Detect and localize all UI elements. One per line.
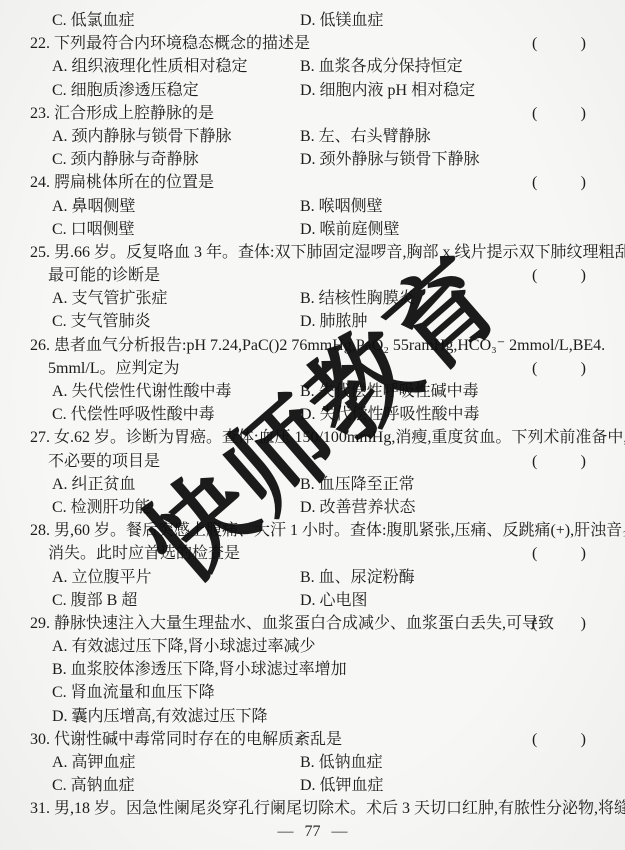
question-number: 25. (30, 241, 54, 264)
option-right: D. 低钾血症 (300, 774, 384, 797)
option-line: C. 检测肝功能D. 改善营养状态 (30, 496, 617, 519)
question-line: 26.患者血气分析报告:pH 7.24,PaC()2 76mmHg,PaO₂ 5… (30, 334, 617, 357)
question-text: 静脉快速注入大量生理盐水、血浆蛋白合成减少、血浆蛋白丢失,可导致 (54, 615, 554, 632)
option-left: C. 低氯血症 (30, 9, 135, 32)
option-left: A. 支气管扩张症 (30, 287, 168, 310)
option-line: A. 高钾血症B. 低钠血症 (30, 751, 617, 774)
question-continuation-line: 最可能的诊断是() (30, 264, 617, 287)
option-left: C. 肾血流量和血压下降 (30, 681, 215, 704)
option-line: C. 低氯血症D. 低镁血症 (30, 9, 617, 32)
option-line: A. 组织液理化性质相对稳定B. 血浆各成分保持恒定 (30, 55, 617, 78)
answer-brackets: () (532, 171, 586, 194)
option-right: B. 喉咽侧壁 (300, 195, 383, 218)
bracket-close: ) (581, 357, 586, 380)
answer-brackets: () (532, 728, 586, 751)
answer-brackets: () (532, 450, 586, 473)
option-left: A. 纠正贫血 (30, 473, 136, 496)
question-number: 31. (30, 797, 54, 820)
exam-paper-page: C. 低氯血症D. 低镁血症22.下列最符合内环境稳态概念的描述是()A. 组织… (0, 0, 625, 850)
option-line: C. 高钠血症D. 低钾血症 (30, 774, 617, 797)
bracket-open: ( (532, 728, 537, 751)
option-right: D. 喉前庭侧壁 (300, 218, 400, 241)
option-right: B. 血浆各成分保持恒定 (300, 55, 463, 78)
question-number: 24. (30, 171, 54, 194)
option-right: D. 心电图 (300, 589, 368, 612)
question-number: 27. (30, 426, 54, 449)
bracket-close: ) (581, 171, 586, 194)
bracket-open: ( (532, 32, 537, 55)
answer-brackets: () (532, 612, 586, 635)
question-text: 代谢性碱中毒常同时存在的电解质紊乱是 (54, 731, 342, 748)
option-line: C. 肾血流量和血压下降 (30, 681, 617, 704)
option-left: A. 立位腹平片 (30, 566, 152, 589)
option-left: C. 腹部 B 超 (30, 589, 137, 612)
question-number: 22. (30, 32, 54, 55)
option-left: D. 囊内压增高,有效滤过压下降 (30, 705, 268, 728)
exam-body: C. 低氯血症D. 低镁血症22.下列最符合内环境稳态概念的描述是()A. 组织… (30, 9, 617, 821)
question-text: 汇合形成上腔静脉的是 (54, 105, 214, 122)
option-left: C. 支气管肺炎 (30, 310, 151, 333)
option-left: A. 颈内静脉与锁骨下静脉 (30, 125, 232, 148)
question-line: 24.腭扁桃体所在的位置是() (30, 171, 617, 194)
option-right: B. 低钠血症 (300, 751, 383, 774)
question-number: 30. (30, 728, 54, 751)
option-right: D. 改善营养状态 (300, 496, 416, 519)
question-continuation-line: 不必要的项目是() (30, 450, 617, 473)
bracket-close: ) (581, 102, 586, 125)
option-line: A. 支气管扩张症B. 结核性胸膜炎 (30, 287, 617, 310)
question-line: 23.汇合形成上腔静脉的是() (30, 102, 617, 125)
option-right: D. 颈外静脉与锁骨下静脉 (300, 148, 480, 171)
question-line: 27.女.62 岁。诊断为胃癌。查体:血压 150/100mmHg,消瘦,重度贫… (30, 426, 617, 449)
option-line: A. 鼻咽侧壁B. 喉咽侧壁 (30, 195, 617, 218)
answer-brackets: () (532, 357, 586, 380)
question-number: 28. (30, 519, 54, 542)
option-right: D. 肺脓肿 (300, 310, 368, 333)
question-line: 30.代谢性碱中毒常同时存在的电解质紊乱是() (30, 728, 617, 751)
question-text: 5mml/L。应判定为 (30, 360, 180, 377)
option-right: B. 结核性胸膜炎 (300, 287, 415, 310)
bracket-close: ) (581, 264, 586, 287)
option-left: C. 细胞质渗透压稳定 (30, 79, 199, 102)
option-line: A. 立位腹平片B. 血、尿淀粉酶 (30, 566, 617, 589)
option-left: B. 血浆胶体渗透压下降,肾小球滤过率增加 (30, 658, 347, 681)
question-text: 消失。此时应首选的检查是 (30, 545, 240, 562)
option-right: B. 血压降至正常 (300, 473, 415, 496)
option-line: A. 颈内静脉与锁骨下静脉B. 左、右头臂静脉 (30, 125, 617, 148)
bracket-close: ) (581, 728, 586, 751)
option-left: C. 代偿性呼吸性酸中毒 (30, 403, 215, 426)
bracket-open: ( (532, 264, 537, 287)
option-left: A. 组织液理化性质相对稳定 (30, 55, 248, 78)
option-right: B. 左、右头臂静脉 (300, 125, 431, 148)
answer-brackets: () (532, 102, 586, 125)
question-line: 31.男,18 岁。因急性阑尾炎穿孔行阑尾切除术。术后 3 天切口红肿,有脓性分… (30, 797, 617, 820)
option-right: B. 血、尿淀粉酶 (300, 566, 415, 589)
option-line: C. 细胞质渗透压稳定D. 细胞内液 pH 相对稳定 (30, 79, 617, 102)
option-line: A. 纠正贫血B. 血压降至正常 (30, 473, 617, 496)
answer-brackets: () (532, 32, 586, 55)
bracket-close: ) (581, 450, 586, 473)
option-right: B. 失代偿性呼吸性碱中毒 (300, 380, 479, 403)
question-text: 患者血气分析报告:pH 7.24,PaC()2 76mmHg,PaO₂ 55ra… (54, 337, 605, 354)
option-line: B. 血浆胶体渗透压下降,肾小球滤过率增加 (30, 658, 617, 681)
question-continuation-line: 5mml/L。应判定为() (30, 357, 617, 380)
option-line: C. 代偿性呼吸性酸中毒D. 失代偿性呼吸性酸中毒 (30, 403, 617, 426)
question-line: 22.下列最符合内环境稳态概念的描述是() (30, 32, 617, 55)
bracket-open: ( (532, 357, 537, 380)
option-left: A. 有效滤过压下降,肾小球滤过率减少 (30, 635, 316, 658)
option-right: D. 低镁血症 (300, 9, 384, 32)
bracket-open: ( (532, 171, 537, 194)
option-right: D. 失代偿性呼吸性酸中毒 (300, 403, 480, 426)
question-text: 腭扁桃体所在的位置是 (54, 174, 214, 191)
option-line: A. 失代偿性代谢性酸中毒B. 失代偿性呼吸性碱中毒 (30, 380, 617, 403)
question-line: 28.男,60 岁。餐后突感上腹痛、大汗 1 小时。查体:腹肌紧张,压痛、反跳痛… (30, 519, 617, 542)
question-text: 下列最符合内环境稳态概念的描述是 (54, 35, 310, 52)
question-text: 男.66 岁。反复咯血 3 年。查体:双下肺固定湿啰音,胸部 x 线片提示双下肺… (54, 244, 625, 261)
question-number: 29. (30, 612, 54, 635)
question-text: 女.62 岁。诊断为胃癌。查体:血压 150/100mmHg,消瘦,重度贫血。下… (54, 429, 625, 446)
option-line: C. 颈内静脉与奇静脉D. 颈外静脉与锁骨下静脉 (30, 148, 617, 171)
option-left: C. 颈内静脉与奇静脉 (30, 148, 199, 171)
option-line: A. 有效滤过压下降,肾小球滤过率减少 (30, 635, 617, 658)
question-text: 男,60 岁。餐后突感上腹痛、大汗 1 小时。查体:腹肌紧张,压痛、反跳痛(+)… (54, 522, 625, 539)
bracket-open: ( (532, 450, 537, 473)
page-number: — 77 — (0, 820, 625, 843)
question-number: 23. (30, 102, 54, 125)
option-line: C. 口咽侧壁D. 喉前庭侧壁 (30, 218, 617, 241)
answer-brackets: () (532, 542, 586, 565)
option-line: D. 囊内压增高,有效滤过压下降 (30, 705, 617, 728)
question-line: 29.静脉快速注入大量生理盐水、血浆蛋白合成减少、血浆蛋白丢失,可导致() (30, 612, 617, 635)
option-left: C. 口咽侧壁 (30, 218, 135, 241)
question-line: 25.男.66 岁。反复咯血 3 年。查体:双下肺固定湿啰音,胸部 x 线片提示… (30, 241, 617, 264)
question-text: 不必要的项目是 (30, 453, 160, 470)
option-line: C. 腹部 B 超D. 心电图 (30, 589, 617, 612)
option-left: C. 高钠血症 (30, 774, 135, 797)
question-continuation-line: 消失。此时应首选的检查是() (30, 542, 617, 565)
option-left: A. 高钾血症 (30, 751, 136, 774)
option-left: A. 鼻咽侧壁 (30, 195, 136, 218)
option-line: C. 支气管肺炎D. 肺脓肿 (30, 310, 617, 333)
bracket-open: ( (532, 612, 537, 635)
question-number: 26. (30, 334, 54, 357)
question-text: 最可能的诊断是 (30, 267, 160, 284)
bracket-open: ( (532, 542, 537, 565)
bracket-close: ) (581, 32, 586, 55)
question-text: 男,18 岁。因急性阑尾炎穿孔行阑尾切除术。术后 3 天切口红肿,有脓性分泌物,… (54, 800, 625, 817)
option-left: C. 检测肝功能 (30, 496, 151, 519)
option-right: D. 细胞内液 pH 相对稳定 (300, 79, 475, 102)
bracket-close: ) (581, 542, 586, 565)
bracket-close: ) (581, 612, 586, 635)
bracket-open: ( (532, 102, 537, 125)
answer-brackets: () (532, 264, 586, 287)
option-left: A. 失代偿性代谢性酸中毒 (30, 380, 232, 403)
